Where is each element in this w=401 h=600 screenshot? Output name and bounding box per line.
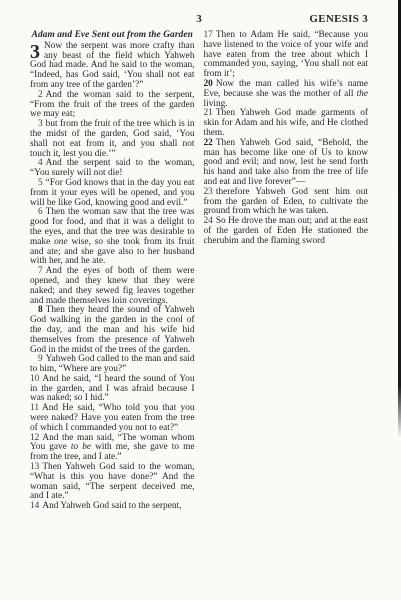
verse-text: Yahweh God called to the man and said to… xyxy=(30,354,195,374)
verse-text: Now the serpent was more crafty than any… xyxy=(30,41,195,90)
page-content: Adam and Eve Sent out from the Garden3No… xyxy=(30,31,368,512)
verse-paragraph: 23therefore Yahweh God sent him out from… xyxy=(204,188,369,217)
verse-number: 13 xyxy=(30,462,42,472)
verse-paragraph: 4And the serpent said to the woman, “You… xyxy=(30,159,195,179)
verse-number: 7 xyxy=(38,266,46,276)
verse-number: 17 xyxy=(204,30,216,40)
verse-text: Now the man called his wife’s name Eve, … xyxy=(204,79,369,99)
verse-text: And He said, “Who told you that you were… xyxy=(30,403,195,433)
verse-paragraph: 21Then Yahweh God made garments of skin … xyxy=(204,109,369,138)
verse-text: therefore Yahweh God sent him out from t… xyxy=(204,187,369,217)
verse-number: 3 xyxy=(38,119,46,129)
verse-paragraph: 10And he said, “I heard the sound of You… xyxy=(30,375,195,404)
verse-paragraph: 24So He drove the man out; and at the ea… xyxy=(204,217,369,246)
verse-number: 2 xyxy=(38,90,46,100)
verse-number: 10 xyxy=(30,374,42,384)
verse-paragraph: 13Then Yahweh God said to the woman, “Wh… xyxy=(30,463,195,502)
column-right: 17Then to Adam He said, “Because you hav… xyxy=(204,31,369,512)
verse-number: 20 xyxy=(204,79,216,89)
verse-paragraph: 3but from the fruit of the tree which is… xyxy=(30,120,195,159)
verse-number: 12 xyxy=(30,433,42,443)
verse-number: 11 xyxy=(30,403,42,413)
verse-paragraph: 9Yahweh God called to the man and said t… xyxy=(30,355,195,375)
verse-text: but from the fruit of the tree which is … xyxy=(30,119,195,158)
verse-number: 24 xyxy=(204,216,216,226)
verse-number: 23 xyxy=(204,187,216,197)
verse-paragraph: 20Now the man called his wife’s name Eve… xyxy=(204,80,369,109)
verse-paragraph: 12And the man said, “The woman whom You … xyxy=(30,434,195,463)
running-head: GENESIS 3 xyxy=(309,13,368,25)
verse-number: 5 xyxy=(38,178,46,188)
verse-text: And the eyes of both of them were opened… xyxy=(30,266,195,305)
verse-paragraph: 2And the woman said to the serpent, “Fro… xyxy=(30,91,195,120)
chapter-paragraph: 3Now the serpent was more crafty than an… xyxy=(30,42,195,91)
verse-paragraph: 17Then to Adam He said, “Because you hav… xyxy=(204,31,369,80)
verse-number: 4 xyxy=(38,158,46,168)
section-heading: Adam and Eve Sent out from the Garden xyxy=(30,31,195,41)
verse-text: “For God knows that in the day you eat f… xyxy=(30,178,195,208)
verse-text: And Yahweh God said to the serpent, xyxy=(42,501,181,511)
chapter-number: 3 xyxy=(30,42,44,61)
verse-number: 21 xyxy=(204,108,216,118)
verse-text: one xyxy=(54,237,68,247)
bible-page: 3 GENESIS 3 Adam and Eve Sent out from t… xyxy=(0,0,401,600)
verse-paragraph: 8Then they heard the sound of Yahweh God… xyxy=(30,306,195,355)
verse-paragraph: 5“For God knows that in the day you eat … xyxy=(30,179,195,208)
verse-text: And the serpent said to the woman, “You … xyxy=(30,158,195,178)
verse-number: 14 xyxy=(30,501,42,511)
verse-paragraph: 22Then Yahweh God said, “Behold, the man… xyxy=(204,139,369,188)
verse-paragraph: 11And He said, “Who told you that you we… xyxy=(30,404,195,433)
verse-text: And the woman said to the serpent, “From… xyxy=(30,90,195,120)
verse-text: Then they heard the sound of Yahweh God … xyxy=(30,305,195,354)
verse-paragraph: 7And the eyes of both of them were opene… xyxy=(30,267,195,306)
verse-number: 22 xyxy=(204,138,216,148)
verse-number: 6 xyxy=(38,207,46,217)
column-left: Adam and Eve Sent out from the Garden3No… xyxy=(30,31,195,512)
verse-text: Then Yahweh God said to the woman, “What… xyxy=(30,462,195,501)
verse-number: 8 xyxy=(38,305,46,315)
verse-text: Then to Adam He said, “Because you have … xyxy=(204,30,369,79)
verse-paragraph: 14And Yahweh God said to the serpent, xyxy=(30,502,195,512)
verse-text: Then Yahweh God made garments of skin fo… xyxy=(204,108,369,138)
verse-text: And he said, “I heard the sound of You i… xyxy=(30,374,195,404)
verse-text: Then Yahweh God said, “Behold, the man h… xyxy=(204,138,369,187)
verse-text: the xyxy=(357,89,368,99)
verse-number: 9 xyxy=(38,354,46,364)
verse-text: to be xyxy=(71,442,91,452)
verse-paragraph: 6Then the woman saw that the tree was go… xyxy=(30,208,195,267)
page-header: 3 GENESIS 3 xyxy=(30,13,368,26)
verse-text: So He drove the man out; and at the east… xyxy=(204,216,369,246)
